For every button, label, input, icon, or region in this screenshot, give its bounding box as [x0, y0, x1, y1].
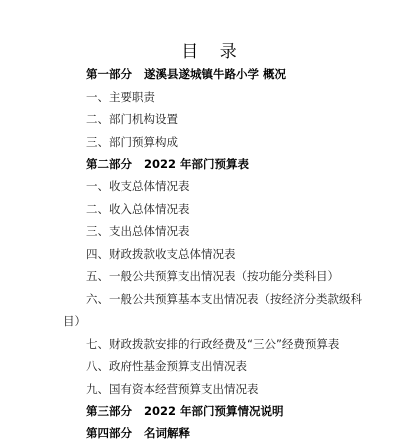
toc-item[interactable]: 九、国有资本经营预算支出情况表	[86, 381, 259, 397]
part-label: 第一部分	[86, 67, 132, 81]
part-title: 遂溪县遂城镇牛路小学 概况	[144, 67, 286, 81]
toc-part-2-heading[interactable]: 第二部分2022 年部门预算表	[86, 156, 249, 172]
toc-title: 目 录	[0, 41, 418, 63]
part-label: 第四部分	[86, 426, 132, 440]
toc-item[interactable]: 三、支出总体情况表	[86, 223, 190, 239]
toc-item[interactable]: 一、收支总体情况表	[86, 178, 190, 194]
part-label: 第三部分	[86, 404, 132, 418]
toc-item[interactable]: 八、政府性基金预算支出情况表	[86, 358, 247, 374]
toc-item[interactable]: 一、主要职责	[86, 89, 155, 105]
toc-item[interactable]: 三、部门预算构成	[86, 134, 178, 150]
toc-item[interactable]: 五、一般公共预算支出情况表（按功能分类科目）	[86, 268, 339, 284]
toc-part-1-heading[interactable]: 第一部分遂溪县遂城镇牛路小学 概况	[86, 66, 286, 82]
toc-part-3-heading[interactable]: 第三部分2022 年部门预算情况说明	[86, 403, 284, 419]
toc-item[interactable]: 七、财政拨款安排的行政经费及“三公”经费预算表	[86, 336, 339, 352]
toc-item-continuation[interactable]: 目）	[63, 313, 86, 329]
toc-item[interactable]: 四、财政拨款收支总体情况表	[86, 246, 236, 262]
part-label: 第二部分	[86, 157, 132, 171]
part-title: 2022 年部门预算情况说明	[144, 404, 284, 418]
toc-part-4-heading[interactable]: 第四部分名词解释	[86, 425, 190, 440]
part-title: 名词解释	[144, 426, 190, 440]
document-page: 目 录 第一部分遂溪县遂城镇牛路小学 概况 一、主要职责 二、部门机构设置 三、…	[0, 0, 418, 440]
toc-item[interactable]: 二、收入总体情况表	[86, 201, 190, 217]
part-title: 2022 年部门预算表	[144, 157, 249, 171]
toc-item[interactable]: 二、部门机构设置	[86, 111, 178, 127]
toc-item[interactable]: 六、一般公共预算基本支出情况表（按经济分类款级科	[86, 291, 362, 307]
